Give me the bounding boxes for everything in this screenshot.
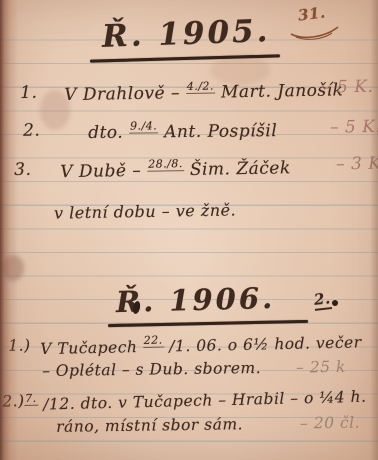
section-heading-1905: Ř. 1905. <box>101 13 271 55</box>
entry-date: 22. <box>143 334 164 348</box>
entry-place: V Drahlově – <box>64 83 180 105</box>
flourish-underline <box>288 24 342 40</box>
entry-body: V Dubě – 28./8. Šim. Žáček <box>60 155 291 182</box>
entry-detail: – Oplétal – s Dub. sborem. <box>42 359 261 380</box>
entry-place: V Tučapech <box>40 338 137 358</box>
page-number-text: 2. <box>313 289 331 309</box>
page-edge-shadow <box>370 0 378 460</box>
notebook-page: 31. Ř. 1905. 1. V Drahlově – 4./2. Mart.… <box>0 0 378 460</box>
entry-body: V Drahlově – 4./2. Mart. Janošík <box>64 77 344 105</box>
entry-number: 2. <box>23 121 40 141</box>
corner-page-number-1905: 31. <box>297 3 327 24</box>
entry-date: 7. <box>24 392 38 406</box>
ink-dot <box>332 300 338 306</box>
entry-place: V Dubě – <box>60 161 141 182</box>
entry-number: 1. <box>20 83 38 103</box>
entry-date: 28./8. <box>147 157 184 172</box>
entry-amount: – 5 K. <box>322 77 374 98</box>
page-number-text: 31. <box>297 3 327 24</box>
entry-date: 9./4. <box>129 119 158 133</box>
note-text: v letní dobu – ve žně. <box>54 200 236 222</box>
section-heading-1906: Ř. 1906. <box>116 281 276 319</box>
entry-place: dto. <box>88 123 123 143</box>
heading-text: Ř. 1905. <box>101 13 271 55</box>
entry-body: dto. 9./4. Ant. Pospíšil <box>88 118 277 143</box>
entry-person: Ant. Pospíšil <box>164 121 277 142</box>
corner-page-number-1906: 2. <box>313 289 332 311</box>
entry-amount: – 20 čl. <box>300 414 360 433</box>
binding-shadow <box>0 0 18 460</box>
note-1905: v letní dobu – ve žně. <box>54 200 236 222</box>
heading-text: Ř. 1906. <box>116 281 276 319</box>
entry-amount: – 25 k <box>296 358 346 377</box>
entry-detail: ráno, místní sbor sám. <box>56 415 243 436</box>
entry-person: Šim. Žáček <box>190 158 291 180</box>
entry-date: 4./2. <box>186 80 215 95</box>
